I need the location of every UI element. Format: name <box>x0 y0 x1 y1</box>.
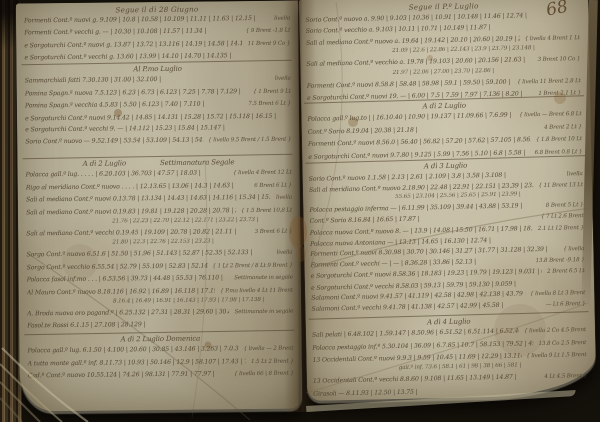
ledger-row-continuation: gall.º inf. 73.6 | 58.1 | 61 | 98 | 38 |… <box>399 361 587 373</box>
ledger-row: Formenti Cont.º nuovi 8.56.0 | 56.40 | 5… <box>308 135 582 149</box>
row-annotation: 3 Brent 10 Co } <box>533 56 581 65</box>
ledger-row: A tutto monte gall.º inf. 8.11.73 | 10.9… <box>28 357 294 368</box>
ledger-row: Polacca gall.º lug. . . . . | 6.20.103 |… <box>26 169 292 180</box>
ledger-row: Formenti Cont.º nuovi 8.58.8 | 58.48 | 5… <box>307 77 581 91</box>
ledger-row: Sali al mediano Cont.º nuovi 0.19.83 | 1… <box>26 206 292 217</box>
ledger-row: Pomina Spagn.ª nuova 7.5.123 | 6.23 | 6.… <box>25 87 291 98</box>
row-annotation: { 1.8 Brent 10 Lt <box>531 136 582 145</box>
right-page: Segue il P.º Luglio 68 Sorio Cont.º nuov… <box>299 0 596 401</box>
row-annotation: { livella 4 Brent 12 Lt <box>228 170 292 178</box>
section-heading: Al P.mo Luglio <box>25 65 291 75</box>
book-gutter-shadow <box>284 0 316 412</box>
ledger-row: Sorio Cont.º nuovo a. 9.90 | 9.103 | 10.… <box>305 11 579 24</box>
ledger-row-continuation: 21.80 | 22.3 | 22.76 | 22.153 | 23.23 | <box>112 238 292 247</box>
ledger-row: Sali al mediano Cont.º nuovi 0.13.78 | 1… <box>26 194 292 205</box>
row-annotation: { livella <box>558 246 584 254</box>
ledger-row: e Sorgoturchi Cont.º nuovi g. 13.87 | 13… <box>24 40 290 51</box>
row-annotation: { P.mo livello 4 Lt 11 Brent <box>215 287 293 295</box>
row-annotation: { livella 2 Co 4.5 Brent <box>519 327 586 336</box>
row-annotation: — Lt 6 Brent } <box>541 301 586 310</box>
ledger-row: Rigo al meridiano Cont.º nuovo . . . . |… <box>26 181 292 192</box>
ledger-row: e Sorgoturchi Cont.º nuovi 9.14.42 | 14.… <box>25 112 291 122</box>
ledger-row: Sali al mediano Cont.º vecchi 0.19.45 | … <box>26 227 292 238</box>
ledger-row: Sorgo Cont.º vecchio 6.55.54 | 52.79 | 5… <box>27 261 293 272</box>
left-section-3: A dì 2 LuglioSettimanatura SegalePolacca… <box>26 159 294 335</box>
left-section-1: Formenti Cont.º nuovi g. 9.109 | 10.8 | … <box>24 15 290 67</box>
row-annotation: 4 Brent 2 Lt } <box>539 124 582 132</box>
section-heading: A dì 2 LuglioSettimanatura Segale <box>26 159 292 169</box>
left-section-4: A dì 2 Luglio DomenicaPolacca gall.º lug… <box>27 335 293 385</box>
ledger-row-continuation: 21.97 | 22.06 | 27.00 | 23.70 | 22.86 | <box>392 66 580 78</box>
row-annotation: 2.1 Lt 12 Brent } <box>533 225 584 234</box>
right-section-1: Sorio Cont.º nuovo a. 9.90 | 9.103 | 10.… <box>305 11 581 107</box>
row-annotation: 2 Brent 6.5 Lt <box>542 268 585 276</box>
row-annotation: { livella 8 Lt 3 Brent <box>525 290 585 299</box>
row-annotation: livella <box>562 171 583 179</box>
row-annotation: { livella — Brent 6.8 Lt <box>514 111 581 120</box>
right-section-3: A dì 3 LuglioSorio Cont.º nuovo 1.1.58 |… <box>308 160 585 317</box>
row-annotation: { livella 9 Lt 1.5 Brent <box>521 352 586 361</box>
ledger-row: Sammarchiali fatti 7.30.130 | 31.00 | 32… <box>25 75 291 86</box>
ledger-row: Cont.º Sorio 8.19.04 | 20.38 | 21.18 |4 … <box>308 123 582 137</box>
ledger-row: Polacca gall.º lug. 6.1.50 | 4.100 | 20.… <box>27 345 293 356</box>
ledger-row: Sorio Cont.º vecchio a. 9.103 | 10.11 | … <box>306 23 580 36</box>
row-annotation: { 9 Brent -1,8 Lt <box>241 28 290 36</box>
ledger-row: Al Mauro Cont.º nuovo 8.18.116 | 16.92 |… <box>27 286 293 297</box>
ledger-row: Pomina Spagn.ª vecchia 4.5.83 | 5.50 | 6… <box>25 100 291 111</box>
ledger-row-continuation: 21.76 | 22.23 | 22.70 | 22.12 | 22.171 |… <box>112 216 292 225</box>
row-annotation: { livella 9.5 Brent / 1.5 Brent } <box>203 136 291 145</box>
row-annotation: 8 Brent 5 Lt } <box>541 202 584 210</box>
ledger-row-continuation: 21.09 | 22.6 | 22.86 | 22.143 | 23.9 | 2… <box>392 44 580 56</box>
left-page: Segue il dì 28 Giugno Formenti Cont.º nu… <box>16 1 302 412</box>
ledger-row: Polacca pestaggio inf.º 5.30.104 | 36.09… <box>312 339 586 353</box>
row-annotation: { 7 Lt 2.6 Brent <box>536 214 584 223</box>
ledger-row: Fasol.te Rossi 6.1.15 | 27.108 | 28.129 … <box>27 320 293 330</box>
ledger-row: Sorgo Cont.º nuovo 6.51.6 | 51.50 | 51.9… <box>26 249 292 260</box>
ledger-row-continuation: 8.16.4 | 16.49 | 16.91 | 16.143 | 17.93 … <box>113 296 293 305</box>
right-section-4: A dì 4 LuglioSali pelati | 6.48.102 | 1.… <box>312 316 588 402</box>
manuscript-book-photo: Segue il dì 28 Giugno Formenti Cont.º nu… <box>0 0 600 422</box>
ledger-row: A. Broda nuova oro pagand.º | 6.25.132 |… <box>27 307 293 318</box>
row-annotation: { 1 Lt 2 Brent / 8 Lt 9 Brent } <box>207 262 292 270</box>
row-annotation: 13.8 Co 2.5 Brent <box>533 340 586 349</box>
row-annotation: 4 Lt 4.5 Brent } <box>539 373 587 382</box>
ledger-row: 13 Occidentali Cont.º vecchi 8.8.60 | 9.… <box>313 372 587 386</box>
ledger-row: Sorio Cont.º nuovo — 9.52.149 | 53.54 | … <box>25 135 291 146</box>
section-heading: A dì 2 Luglio Domenica <box>27 335 293 345</box>
ledger-row: e Sorgoturchi Cont.º vecchi 9. — | 14.11… <box>25 124 291 134</box>
row-annotation: { livella 4 Brent 1 Lt <box>520 35 580 44</box>
ledger-row: Formenti Cont.º vecchi g. — | 10.30 | 10… <box>24 27 290 38</box>
row-annotation: { livella 11 Brent 2.8 Lt <box>512 78 581 87</box>
ledger-row: Polacca fasol inf.mo . . . | 6.53.56 | 3… <box>27 274 293 285</box>
row-annotation: 13.8 Brent -9.18 } <box>531 257 585 266</box>
left-section-2: Al P.mo LuglioSammarchiali fatti 7.30.13… <box>25 65 292 151</box>
row-annotation: 1 Brent 2.1 Lt } <box>533 90 581 99</box>
ledger-row: Cad.º Cont.º nuovo 10.55.124 | 74.26 | 9… <box>28 370 294 381</box>
left-page-header: Segue il dì 28 Giugno <box>16 4 298 16</box>
ledger-row: Formenti Cont.º nuovi g. 9.109 | 10.8 | … <box>24 15 290 26</box>
